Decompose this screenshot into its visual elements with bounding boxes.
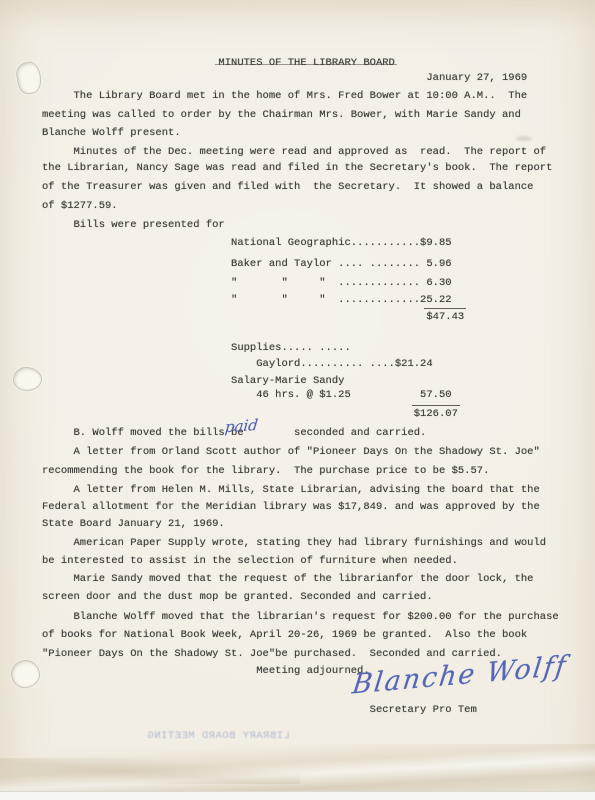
bills-subtotal: $47.43 bbox=[42, 310, 464, 324]
typed-line: A letter from Orland Scott author of "Pi… bbox=[42, 445, 540, 459]
typed-line: the Librarian, Nancy Sage was read and f… bbox=[42, 161, 552, 175]
bill-line-ditto-2: " " " .............25.22 bbox=[42, 293, 452, 307]
typed-line: of books for National Book Week, April 2… bbox=[42, 628, 527, 642]
bill-line-hours: 46 hrs. @ $1.25 57.50 bbox=[42, 388, 452, 402]
typed-line: Minutes of the Dec. meeting were read an… bbox=[42, 145, 546, 159]
sum-line-grand-total bbox=[412, 405, 460, 406]
typed-line: of the Treasurer was given and filed wit… bbox=[42, 180, 533, 194]
typed-line: American Paper Supply wrote, stating the… bbox=[42, 536, 546, 550]
bill-line-supplies: Supplies..... ..... bbox=[42, 341, 351, 355]
paper-crease-left bbox=[0, 758, 300, 784]
bill-line-baker-taylor: Baker and Taylor .... ........ 5.96 bbox=[42, 257, 452, 271]
paper-crease bbox=[0, 744, 595, 792]
typed-line: screen door and the dust mop be granted.… bbox=[42, 590, 433, 604]
typed-line: Bills were presented for bbox=[42, 218, 225, 232]
bill-line-ditto-1: " " " ............. 6.30 bbox=[42, 276, 452, 290]
document-date-line: January 27, 1969 bbox=[42, 71, 527, 85]
document-title-line: MINUTES OF THE LIBRARY BOARD bbox=[42, 56, 395, 70]
typed-line: A letter from Helen M. Mills, State Libr… bbox=[42, 483, 540, 497]
typed-line: "Pioneer Days On the Shadowy St. Joe"be … bbox=[42, 647, 502, 661]
typed-line: be interested to assist in the selection… bbox=[42, 554, 458, 568]
scanned-minutes-page: MINUTES OF THE LIBRARY BOARD January 27,… bbox=[0, 0, 595, 800]
title-strike-line bbox=[215, 64, 397, 65]
bill-line-gaylord: Gaylord.......... ....$21.24 bbox=[42, 357, 433, 371]
typed-line: meeting was called to order by the Chair… bbox=[42, 108, 521, 122]
meeting-adjourned-line: Meeting adjourned. bbox=[42, 664, 370, 678]
typed-line: State Board January 21, 1969. bbox=[42, 517, 225, 531]
paper-smudge bbox=[516, 136, 532, 141]
typed-line: Marie Sandy moved that the request of th… bbox=[42, 572, 533, 586]
punch-hole-top bbox=[14, 60, 44, 96]
sum-line-bills bbox=[424, 308, 466, 309]
bleedthrough-stamp-text: LIBRARY BOARD MEETING bbox=[147, 730, 290, 742]
typed-line: Blanche Wolff moved that the librarian's… bbox=[42, 610, 559, 624]
typed-line: Federal allotment for the Meridian libra… bbox=[42, 500, 540, 514]
secretary-pro-tem-line: Secretary Pro Tem bbox=[42, 703, 477, 717]
bill-line-salary: Salary-Marie Sandy bbox=[42, 374, 344, 388]
typed-line: Blanche Wolff present. bbox=[42, 126, 181, 140]
typed-line: recommending the book for the library. T… bbox=[42, 464, 489, 478]
punch-hole-middle bbox=[12, 366, 43, 392]
handwritten-word-paid: paid bbox=[224, 416, 259, 436]
bill-line-national-geographic: National Geographic...........$9.85 bbox=[42, 236, 452, 250]
typed-line: of $1277.59. bbox=[42, 199, 118, 213]
paper-bottom-edge bbox=[0, 791, 595, 800]
typed-line: The Library Board met in the home of Mrs… bbox=[42, 89, 527, 103]
punch-hole-bottom bbox=[10, 659, 42, 690]
